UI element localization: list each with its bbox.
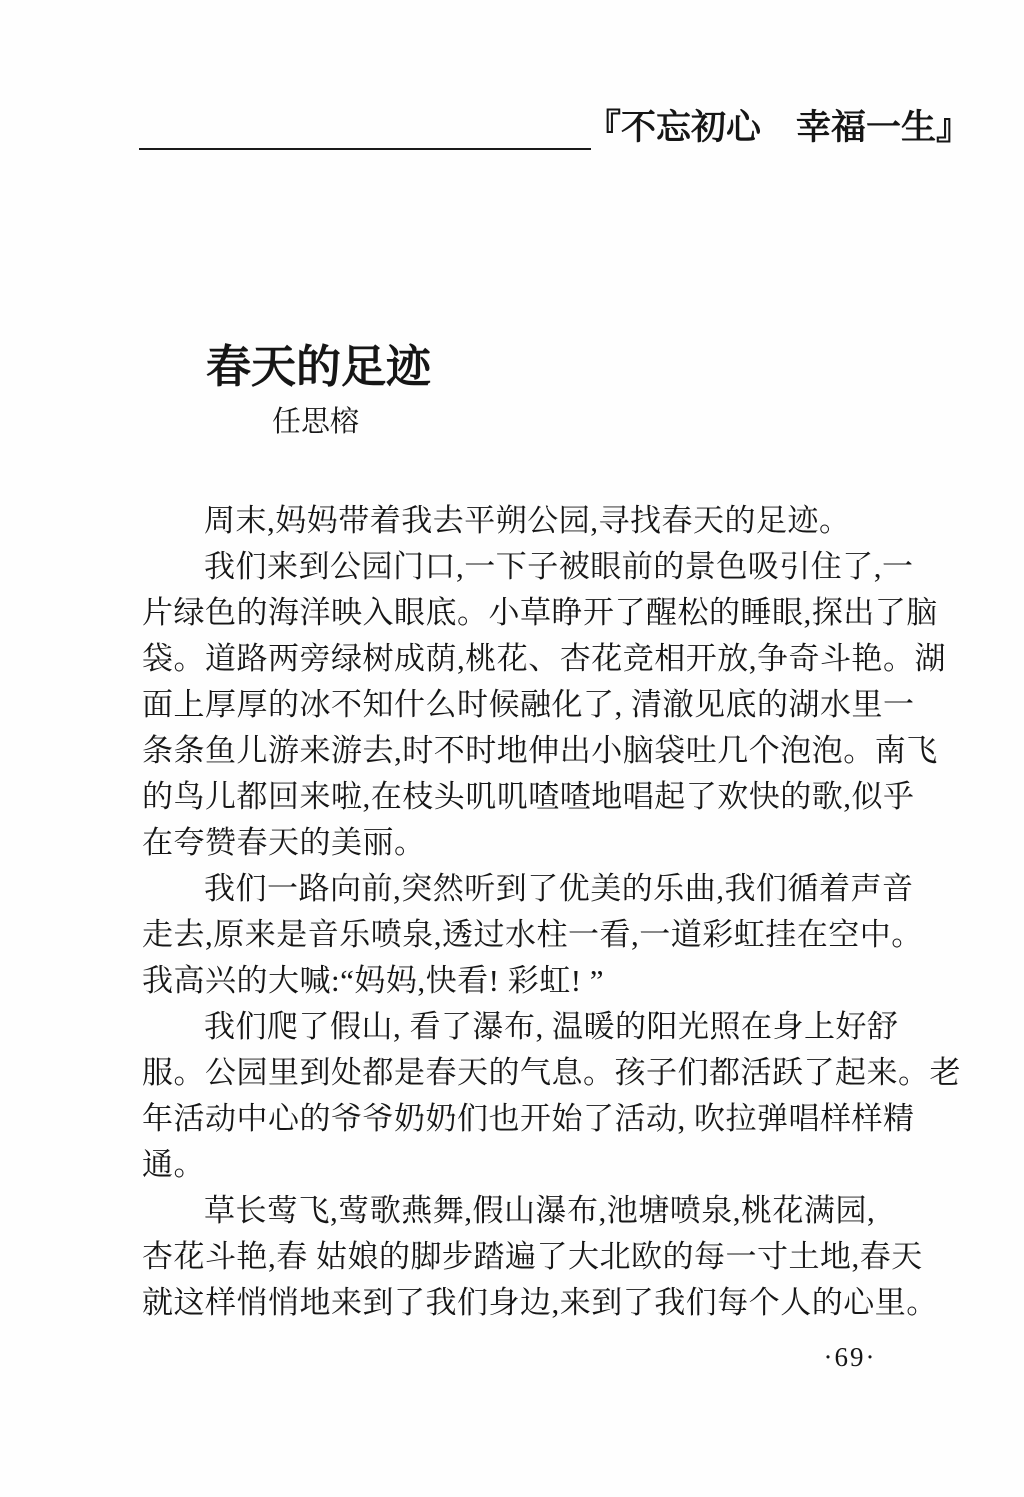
- body-line: 我们一路向前,突然听到了优美的乐曲,我们循着声音: [142, 866, 902, 912]
- body-line: 杏花斗艳,春 姑娘的脚步踏遍了大北欧的每一寸土地,春天: [142, 1234, 902, 1280]
- body-line: 的鸟儿都回来啦,在枝头叽叽喳喳地唱起了欢快的歌,似乎: [142, 774, 902, 820]
- body-line: 在夸赞春天的美丽。: [142, 820, 902, 866]
- body-line: 我高兴的大喊:“妈妈,快看! 彩虹! ”: [142, 958, 902, 1004]
- article-author: 任思榕: [272, 404, 359, 440]
- body-line: 服。公园里到处都是春天的气息。孩子们都活跃了起来。老: [142, 1050, 902, 1096]
- book-page: 『不忘初心 幸福一生』 春天的足迹 任思榕 周末,妈妈带着我去平朔公园,寻找春天…: [0, 0, 1024, 1497]
- body-line: 走去,原来是音乐喷泉,透过水柱一看,一道彩虹挂在空中。: [142, 912, 902, 958]
- paragraph-2: 我们来到公园门口,一下子被眼前的景色吸引住了,一 片绿色的海洋映入眼底。小草睁开…: [142, 544, 902, 866]
- body-line: 片绿色的海洋映入眼底。小草睁开了醒松的睡眼,探出了脑: [142, 590, 902, 636]
- body-line: 就这样悄悄地来到了我们身边,来到了我们每个人的心里。: [142, 1280, 902, 1326]
- body-line: 我们爬了假山, 看了瀑布, 温暖的阳光照在身上好舒: [142, 1004, 902, 1050]
- paragraph-5: 草长莺飞,莺歌燕舞,假山瀑布,池塘喷泉,桃花满园, 杏花斗艳,春 姑娘的脚步踏遍…: [142, 1188, 902, 1326]
- paragraph-1: 周末,妈妈带着我去平朔公园,寻找春天的足迹。: [142, 498, 902, 544]
- body-line: 通。: [142, 1142, 902, 1188]
- article-title: 春天的足迹: [206, 340, 431, 394]
- header-rule: [139, 148, 591, 150]
- body-line: 袋。道路两旁绿树成荫,桃花、杏花竞相开放,争奇斗艳。湖: [142, 636, 902, 682]
- article-body: 周末,妈妈带着我去平朔公园,寻找春天的足迹。 我们来到公园门口,一下子被眼前的景…: [142, 498, 902, 1326]
- body-line: 周末,妈妈带着我去平朔公园,寻找春天的足迹。: [142, 498, 902, 544]
- paragraph-4: 我们爬了假山, 看了瀑布, 温暖的阳光照在身上好舒 服。公园里到处都是春天的气息…: [142, 1004, 902, 1188]
- running-header-title: 『不忘初心 幸福一生』: [586, 107, 971, 149]
- body-line: 面上厚厚的冰不知什么时候融化了, 清澈见底的湖水里一: [142, 682, 902, 728]
- body-line: 草长莺飞,莺歌燕舞,假山瀑布,池塘喷泉,桃花满园,: [142, 1188, 902, 1234]
- body-line: 我们来到公园门口,一下子被眼前的景色吸引住了,一: [142, 544, 902, 590]
- body-line: 年活动中心的爷爷奶奶们也开始了活动, 吹拉弹唱样样精: [142, 1096, 902, 1142]
- body-line: 条条鱼儿游来游去,时不时地伸出小脑袋吐几个泡泡。南飞: [142, 728, 902, 774]
- paragraph-3: 我们一路向前,突然听到了优美的乐曲,我们循着声音 走去,原来是音乐喷泉,透过水柱…: [142, 866, 902, 1004]
- page-number: ·69·: [790, 1340, 910, 1374]
